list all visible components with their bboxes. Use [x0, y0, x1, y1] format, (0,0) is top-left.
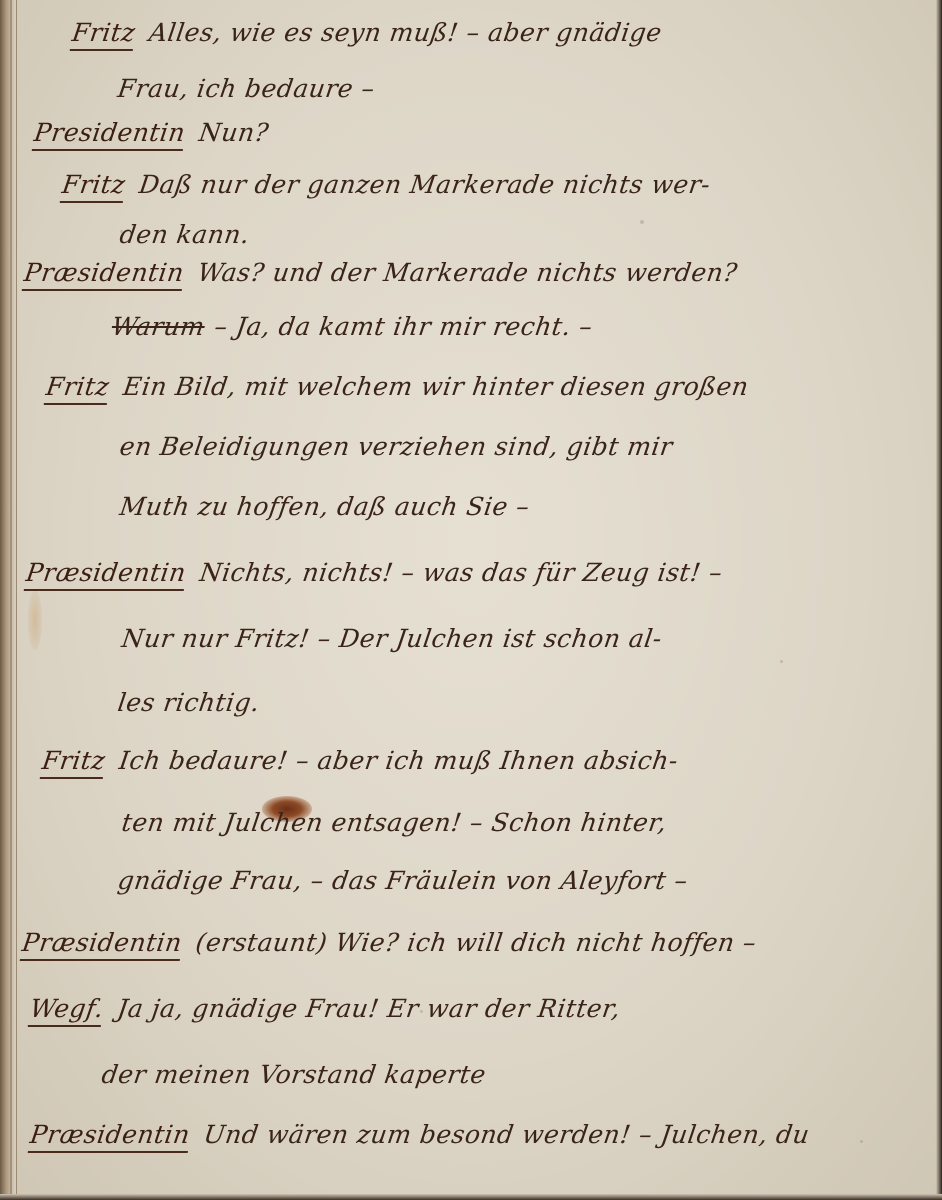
line-text: Ja ja, gnädige Frau! Er war der Ritter, — [116, 994, 623, 1023]
line-text: les richtig. — [116, 688, 262, 717]
manuscript-line-19: der meinen Vorstand kaperte — [100, 1060, 488, 1089]
manuscript-line-4: FritzDaß nur der ganzen Markerade nichts… — [60, 170, 713, 203]
speaker-name: Præsidentin — [20, 928, 184, 961]
manuscript-line-17: Præsidentin(erstaunt) Wie? ich will dich… — [20, 928, 759, 961]
speaker-name: Fritz — [70, 18, 138, 51]
line-text: Was? und der Markerade nichts werden? — [196, 258, 740, 287]
manuscript-line-8: FritzEin Bild, mit welchem wir hinter di… — [44, 372, 751, 405]
line-text: Nun? — [197, 118, 271, 147]
speaker-name: Præsidentin — [22, 258, 186, 291]
speaker-name: Presidentin — [32, 118, 188, 151]
line-text: Nur nur Fritz! – Der Julchen ist schon a… — [120, 624, 664, 653]
manuscript-line-12: Nur nur Fritz! – Der Julchen ist schon a… — [120, 624, 664, 653]
water-stain — [28, 590, 42, 650]
speaker-name: Wegf. — [28, 994, 106, 1027]
speaker-name: Fritz — [40, 746, 108, 779]
line-text: Frau, ich bedaure – — [116, 74, 377, 103]
manuscript-line-10: Muth zu hoffen, daß auch Sie – — [118, 492, 532, 521]
line-text: ten mit Julchen entsagen! – Schon hinter… — [120, 808, 669, 837]
line-text: Ich bedaure! – aber ich muß Ihnen absich… — [117, 746, 680, 775]
speaker-name: Fritz — [60, 170, 128, 203]
manuscript-line-20: PræsidentinUnd wären zum besond werden! … — [28, 1120, 812, 1153]
line-text: (erstaunt) Wie? ich will dich nicht hoff… — [194, 928, 758, 957]
manuscript-line-6: PræsidentinWas? und der Markerade nichts… — [22, 258, 740, 291]
manuscript-line-5: den kann. — [118, 220, 252, 249]
speaker-name: Fritz — [44, 372, 112, 405]
speaker-name: Præsidentin — [24, 558, 188, 591]
manuscript-line-14: FritzIch bedaure! – aber ich muß Ihnen a… — [40, 746, 680, 779]
paper-speck — [780, 660, 783, 663]
binding-crease — [10, 0, 12, 1200]
manuscript-line-1: FritzAlles, wie es seyn muß! – aber gnäd… — [70, 18, 664, 51]
page-right-edge — [936, 0, 942, 1200]
line-text: der meinen Vorstand kaperte — [100, 1060, 488, 1089]
manuscript-line-9: en Beleidigungen verziehen sind, gibt mi… — [118, 432, 675, 461]
line-text: Muth zu hoffen, daß auch Sie – — [118, 492, 532, 521]
paper-speck — [860, 1140, 863, 1143]
manuscript-line-18: Wegf.Ja ja, gnädige Frau! Er war der Rit… — [28, 994, 623, 1027]
struck-word: Warum — [110, 312, 207, 341]
page-bottom-edge — [0, 1194, 942, 1200]
manuscript-line-13: les richtig. — [116, 688, 262, 717]
speaker-name: Præsidentin — [28, 1120, 192, 1153]
manuscript-line-16: gnädige Frau, – das Fräulein von Aleyfor… — [116, 866, 690, 895]
manuscript-line-2: Frau, ich bedaure – — [116, 74, 377, 103]
manuscript-line-3: PresidentinNun? — [32, 118, 271, 151]
paper-speck — [640, 220, 644, 224]
line-text: gnädige Frau, – das Fräulein von Aleyfor… — [116, 866, 690, 895]
manuscript-line-11: PræsidentinNichts, nichts! – was das für… — [24, 558, 725, 591]
line-text: en Beleidigungen verziehen sind, gibt mi… — [118, 432, 675, 461]
line-text: Daß nur der ganzen Markerade nichts wer- — [137, 170, 712, 199]
line-text: Alles, wie es seyn muß! – aber gnädige — [147, 18, 663, 47]
manuscript-line-7: Warum– Ja, da kamt ihr mir recht. – — [110, 312, 595, 341]
line-text: Ein Bild, mit welchem wir hinter diesen … — [121, 372, 750, 401]
line-text: Nichts, nichts! – was das für Zeug ist! … — [198, 558, 724, 587]
line-text: – Ja, da kamt ihr mir recht. – — [213, 312, 595, 341]
manuscript-line-15: ten mit Julchen entsagen! – Schon hinter… — [120, 808, 669, 837]
manuscript-page: FritzAlles, wie es seyn muß! – aber gnäd… — [0, 0, 942, 1200]
line-text: den kann. — [118, 220, 252, 249]
line-text: Und wären zum besond werden! – Julchen, … — [202, 1120, 812, 1149]
book-binding — [0, 0, 17, 1200]
